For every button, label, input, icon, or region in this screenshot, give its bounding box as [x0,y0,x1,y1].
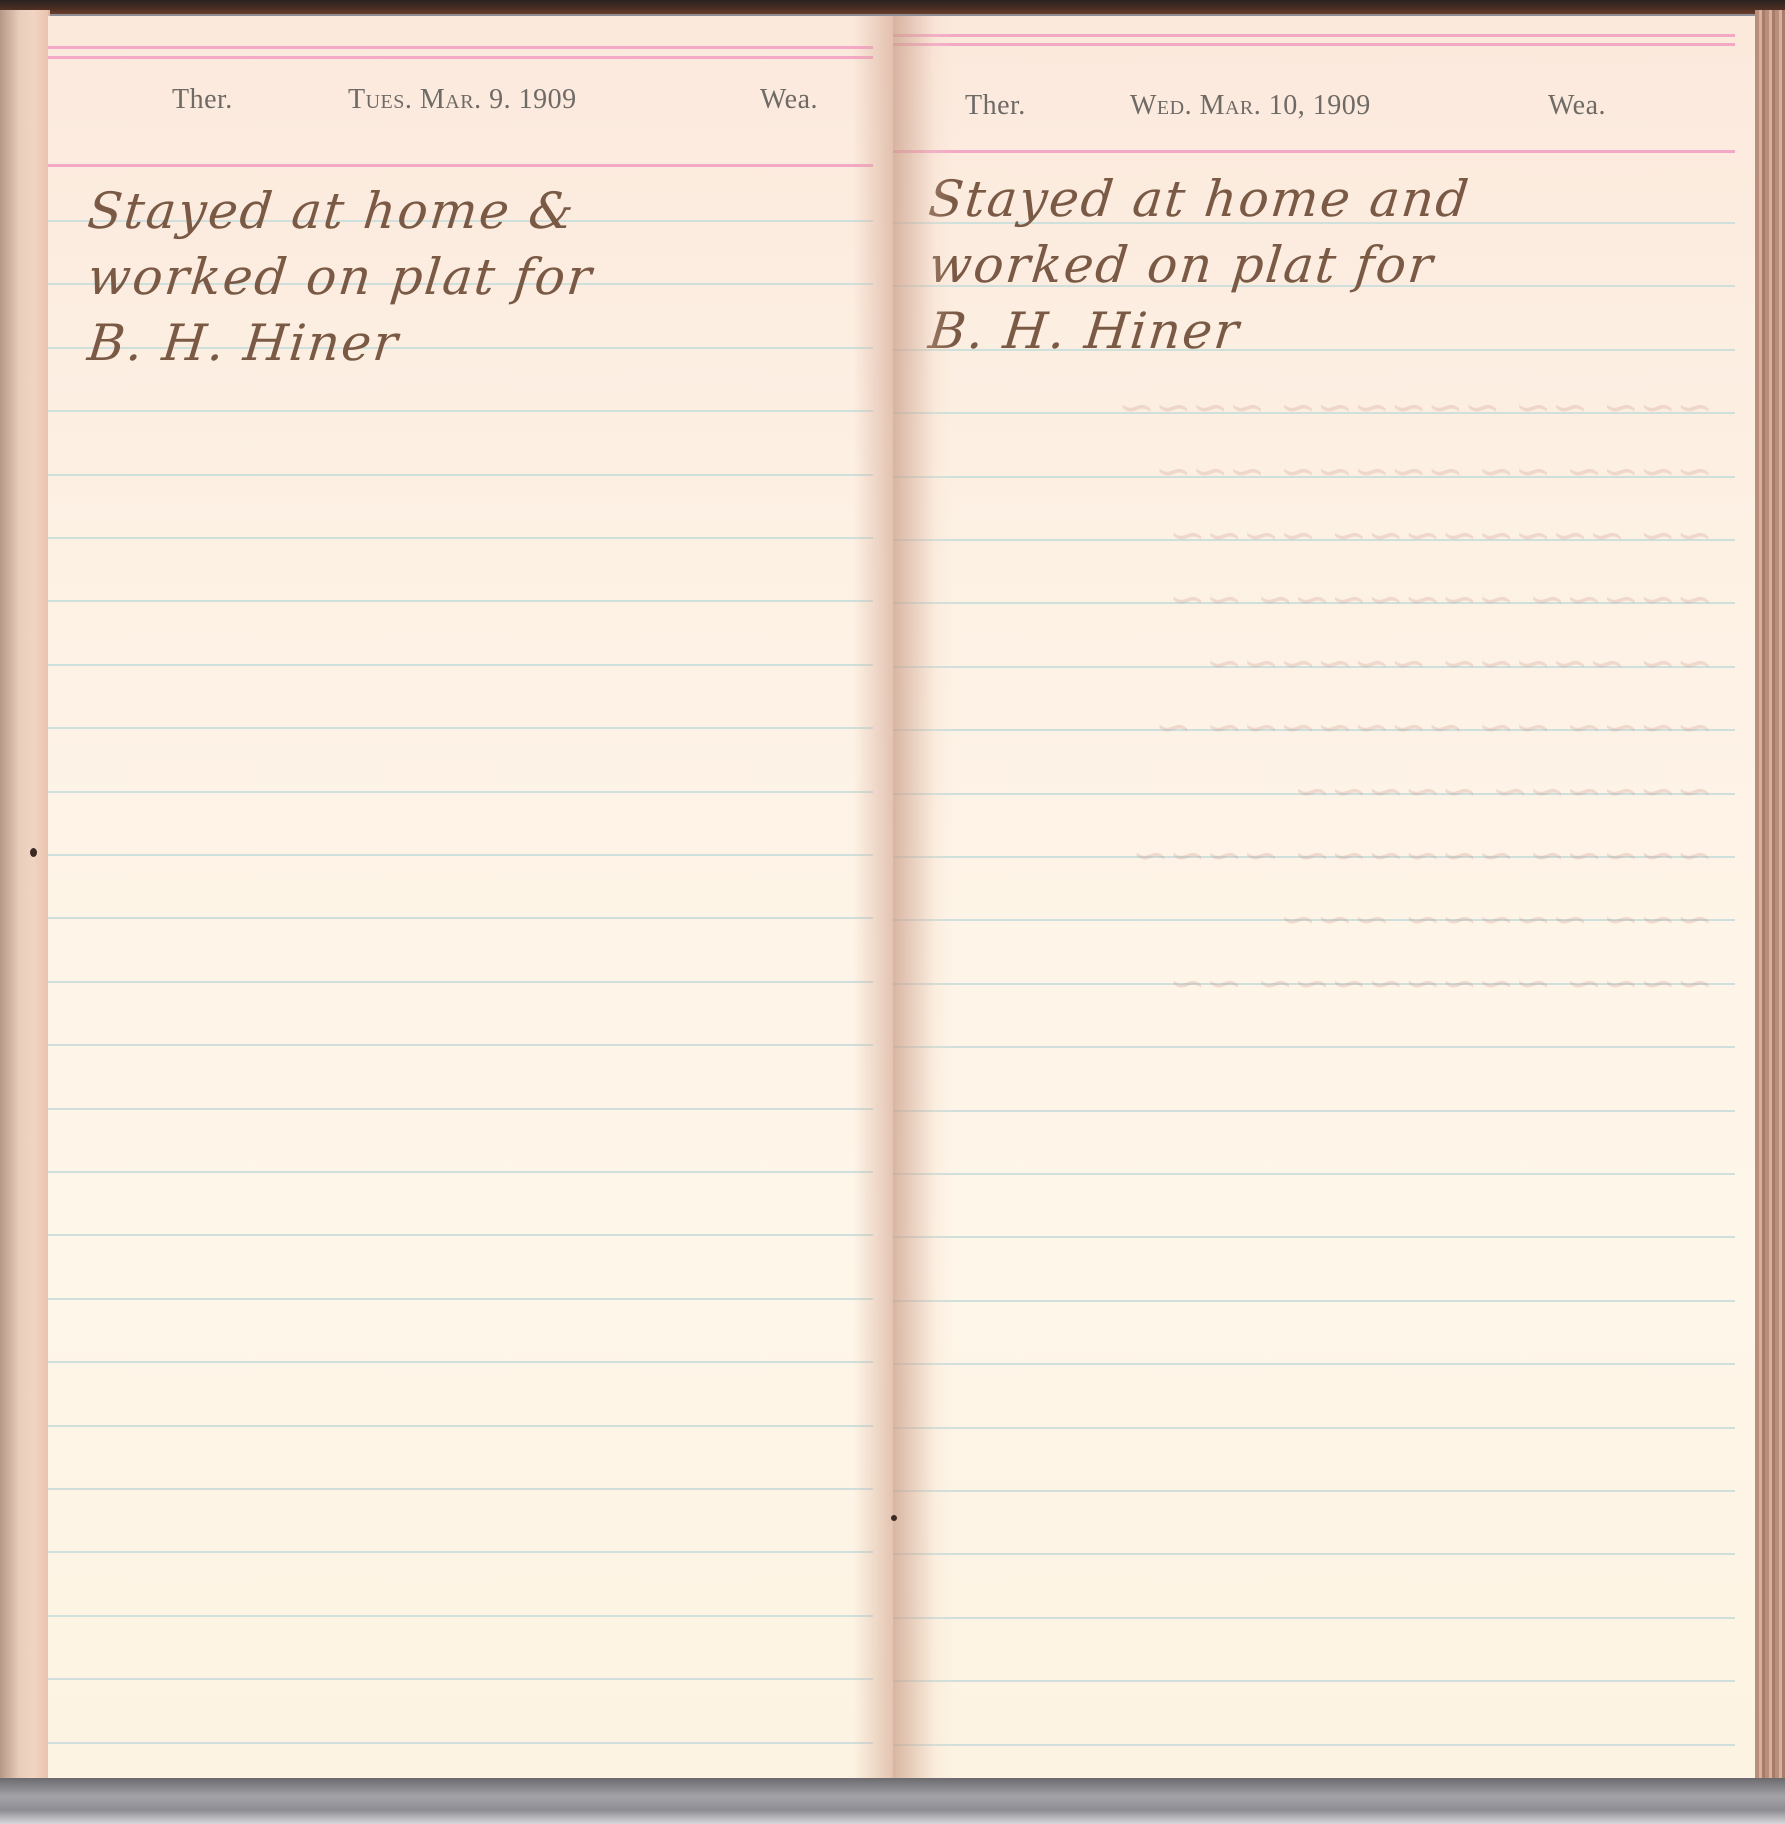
gutter-shadow [893,16,953,1778]
paper-speck [891,1515,897,1521]
ruled-line [893,1680,1735,1682]
header-pink-rule [48,164,873,167]
ruled-line [48,1615,873,1617]
ruled-line [48,537,873,539]
header-pink-rule [893,150,1735,153]
ruled-line [48,1108,873,1110]
ruled-line [48,600,873,602]
ruled-line [48,1678,873,1680]
book-cover-bottom-edge [0,1778,1785,1824]
ruled-line [48,474,873,476]
weather-label: Wea. [1548,90,1606,122]
ruled-line [48,1361,873,1363]
ruled-line [48,1425,873,1427]
ruled-line [48,1234,873,1236]
right-diary-page: Ther. Wed. Mar. 10, 1909 Wea. ~~~ ~~ ~~~… [893,16,1755,1778]
ruled-line [48,917,873,919]
top-pink-rule [48,46,873,49]
ruled-line [893,1744,1735,1746]
gutter-shadow [853,16,893,1778]
page-date: Wed. Mar. 10, 1909 [1130,90,1371,122]
handwritten-entry-line-3: B. H. Hiner [85,310,403,376]
handwritten-entry-line-1: Stayed at home & [85,178,579,244]
ruled-line [48,1044,873,1046]
ruled-line [893,1363,1735,1365]
ruled-line [48,854,873,856]
ruled-line [893,1553,1735,1555]
handwritten-entry-line-3: B. H. Hiner [926,298,1244,364]
ruled-line [893,1617,1735,1619]
ruled-line [48,410,873,412]
left-diary-page: Ther. Tues. Mar. 9. 1909 Wea. Stayed at … [48,16,893,1778]
handwritten-entry-line-1: Stayed at home and [926,166,1474,232]
book-cover-top-edge [0,0,1785,14]
paper-speck [30,848,37,857]
ruled-line [48,664,873,666]
ruled-line [48,1742,873,1744]
thermometer-label: Ther. [965,90,1026,122]
ruled-line [893,1427,1735,1429]
ruled-line [48,981,873,983]
right-page-stack-edge [1755,10,1785,1780]
bleed-through-text: ~~~ ~~ ~~~~~~ ~~~~~~~~ ~~ ~~~~~ ~~~~~ ~~… [953,376,1713,1016]
top-pink-rule-2 [48,56,873,59]
handwritten-entry-line-2: worked on plat for [926,232,1438,298]
ruled-line [893,1046,1735,1048]
ruled-line [893,1173,1735,1175]
weather-label: Wea. [760,84,818,116]
left-page-stack-edge [0,10,50,1780]
top-pink-rule-2 [893,43,1735,46]
ruled-line [48,791,873,793]
handwritten-entry-line-2: worked on plat for [85,244,597,310]
top-pink-rule [893,34,1735,37]
ruled-line [893,1490,1735,1492]
page-date: Tues. Mar. 9. 1909 [348,84,577,116]
ruled-line [893,1110,1735,1112]
ruled-line [48,1551,873,1553]
ruled-line [893,1300,1735,1302]
thermometer-label: Ther. [172,84,233,116]
ruled-line [893,1236,1735,1238]
ruled-line [48,727,873,729]
ruled-line [48,1171,873,1173]
ruled-line [48,1298,873,1300]
ruled-line [48,1488,873,1490]
